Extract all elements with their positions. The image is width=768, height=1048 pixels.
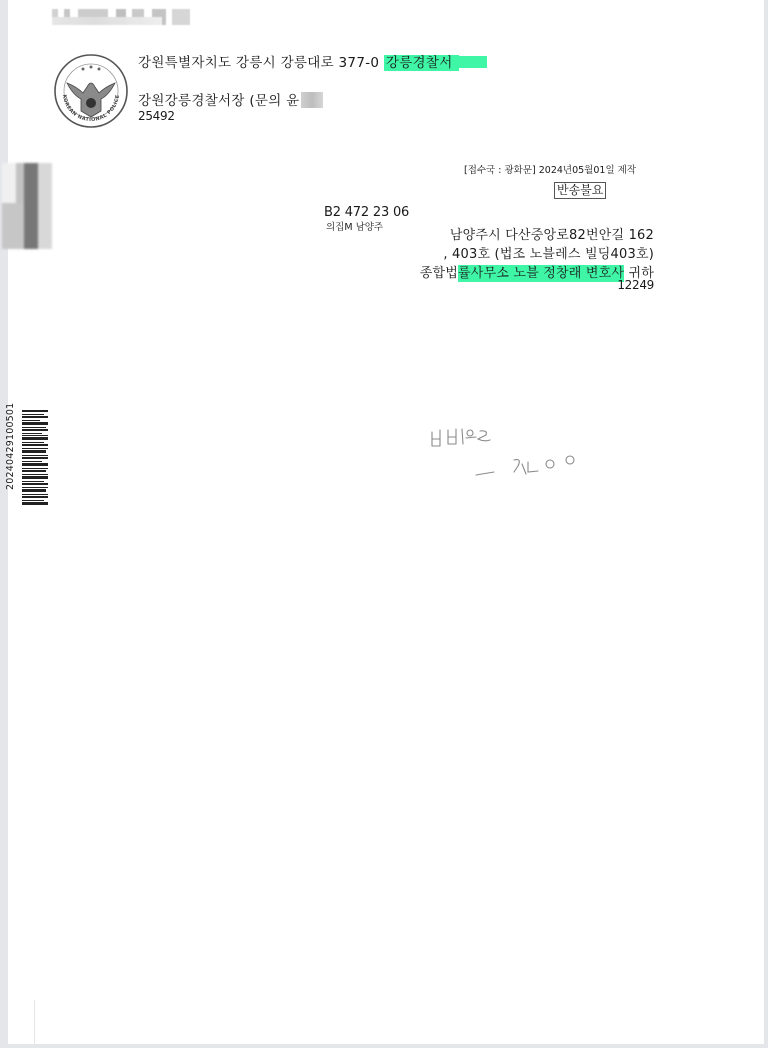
recipient-prefix: 종합법 — [420, 266, 458, 281]
handwritten-note — [418, 420, 598, 490]
redacted-barcode-header — [2, 163, 52, 249]
recipient-address-line2: , 403호 (법조 노블레스 빌딩403호) — [443, 243, 654, 262]
police-seal-logo: KOREAN NATIONAL POLICE AGENCY — [53, 53, 129, 129]
document-page: KOREAN NATIONAL POLICE AGENCY 강원특별자치도 강릉… — [8, 0, 764, 1044]
postal-sort-code: B2 472 23 06 — [324, 205, 409, 220]
barcode-area: 20240429100501 — [0, 160, 56, 350]
postal-sort-sub: 의집M 남양주 — [326, 219, 383, 233]
redacted-contact-name — [301, 92, 323, 108]
receipt-info: [접수국 : 광화문] 2024년05월01일 제작 — [464, 162, 636, 176]
barcode-icon — [22, 410, 48, 506]
sender-address-text: 강원특별자치도 강릉시 강릉대로 377-0 — [138, 55, 379, 71]
sender-office: 강원강릉경찰서장 (문의 윤 — [138, 89, 323, 109]
sender-zip: 25492 — [138, 109, 175, 123]
highlight-mark — [459, 56, 487, 68]
scan-artifact-line — [34, 1000, 35, 1044]
recipient-zip: 12249 — [617, 278, 654, 292]
sender-address-highlight: 강릉경찰서 — [384, 55, 459, 71]
sender-address: 강원특별자치도 강릉시 강릉대로 377-0 강릉경찰서 — [138, 51, 487, 71]
recipient-address-line1: 남양주시 다산중앙로82번안길 162 — [450, 224, 654, 243]
no-return-stamp: 반송불요 — [554, 182, 606, 199]
recipient-highlight: 률사무소 노블 정창래 변호사 — [458, 265, 624, 282]
barcode-number: 20240429100501 — [5, 403, 16, 490]
redacted-header — [52, 9, 190, 25]
sender-office-text: 강원강릉경찰서장 (문의 윤 — [138, 93, 300, 109]
